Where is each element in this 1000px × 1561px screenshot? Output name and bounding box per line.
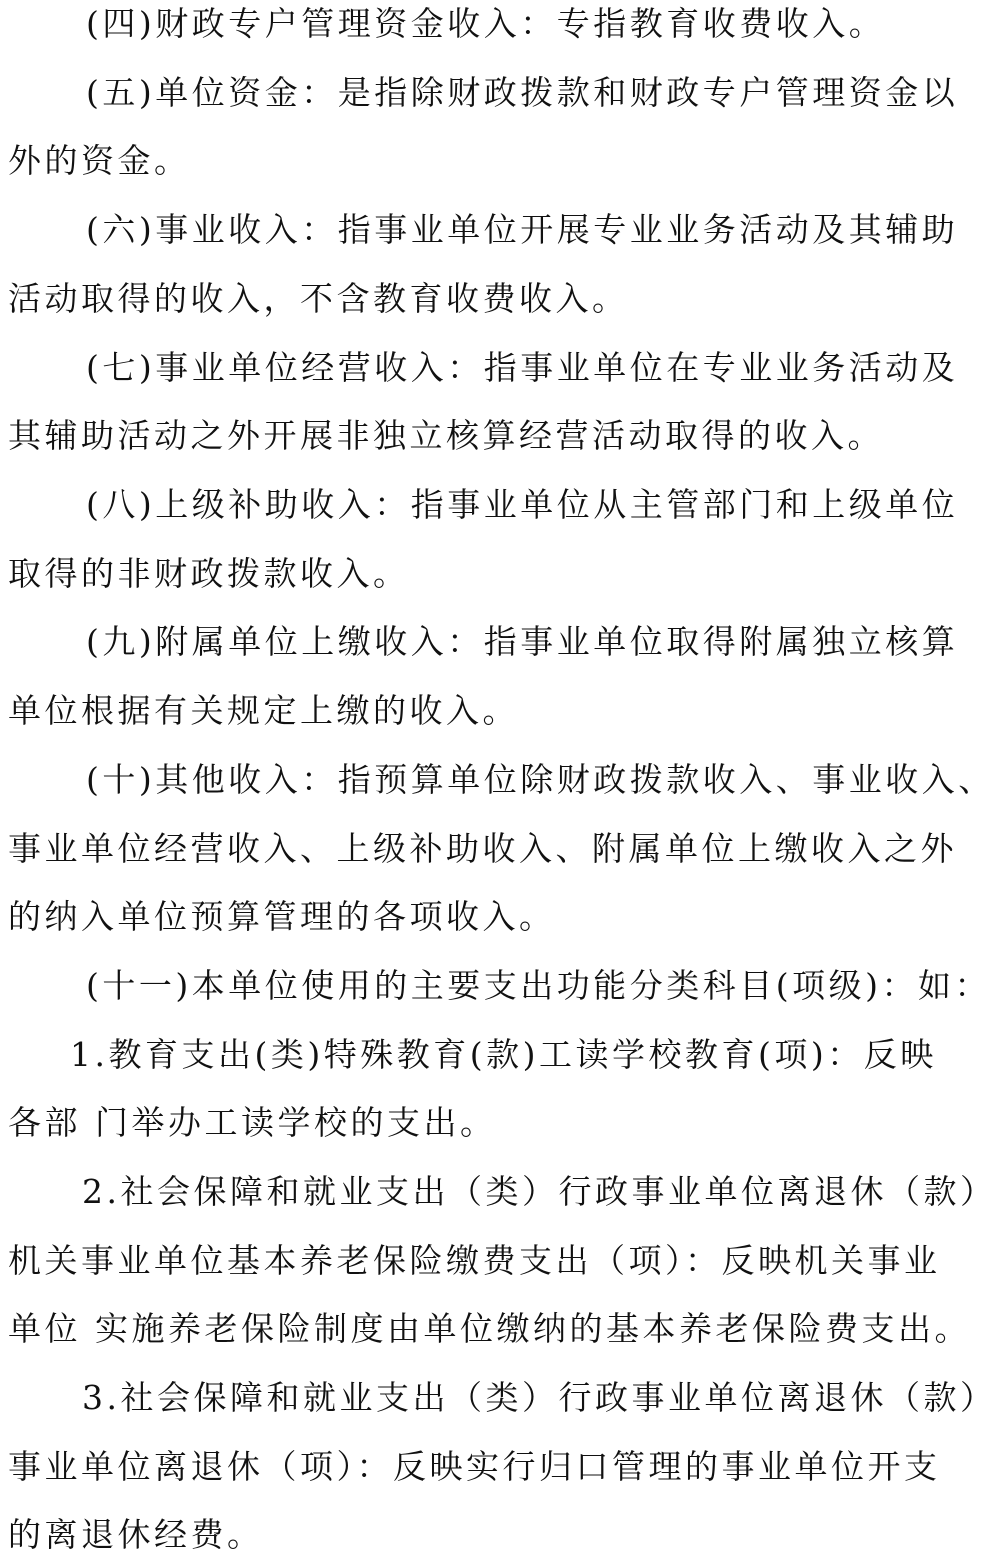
- paragraph-item-6-line-2: 活动取得的收入，不含教育收费收入。: [8, 279, 629, 319]
- paragraph-item-8-line-1: (八)上级补助收入：指事业单位从主管部门和上级单位: [86, 485, 958, 525]
- paragraph-item-10-line-2: 事业单位经营收入、上级补助收入、附属单位上缴收入之外: [8, 829, 957, 869]
- paragraph-item-7-line-1: (七)事业单位经营收入：指事业单位在专业业务活动及: [86, 348, 958, 388]
- paragraph-item-9-line-2: 单位根据有关规定上缴的收入。: [8, 691, 519, 731]
- paragraph-item-7-line-2: 其辅助活动之外开展非独立核算经营活动取得的收入。: [8, 416, 884, 456]
- paragraph-subitem-2-line-1: 2.社会保障和就业支出（类）行政事业单位离退休（款）: [82, 1172, 997, 1212]
- paragraph-item-10-line-3: 的纳入单位预算管理的各项收入。: [8, 897, 556, 937]
- paragraph-subitem-2-line-2: 机关事业单位基本养老保险缴费支出（项）：反映机关事业: [8, 1241, 941, 1281]
- paragraph-subitem-2-line-3: 单位 实施养老保险制度由单位缴纳的基本养老保险费支出。: [8, 1309, 971, 1349]
- paragraph-item-5-line-2: 外的资金。: [8, 141, 191, 181]
- paragraph-subitem-3-line-1: 3.社会保障和就业支出（类）行政事业单位离退休（款）: [82, 1378, 997, 1418]
- paragraph-item-8-line-2: 取得的非财政拨款收入。: [8, 554, 410, 594]
- paragraph-item-6-line-1: (六)事业收入：指事业单位开展专业业务活动及其辅助: [86, 210, 958, 250]
- paragraph-subitem-3-line-3: 的离退休经费。: [8, 1515, 264, 1555]
- paragraph-item-4-line-1: (四)财政专户管理资金收入：专指教育收费收入。: [86, 4, 885, 44]
- paragraph-item-11-heading: (十一)本单位使用的主要支出功能分类科目(项级)：如：: [86, 966, 991, 1006]
- paragraph-item-10-line-1: (十)其他收入：指预算单位除财政拨款收入、事业收入、: [86, 760, 995, 800]
- document-page: (四)财政专户管理资金收入：专指教育收费收入。(五)单位资金：是指除财政拨款和财…: [0, 0, 1000, 1561]
- paragraph-item-9-line-1: (九)附属单位上缴收入：指事业单位取得附属独立核算: [86, 622, 958, 662]
- paragraph-subitem-1-line-1: 1.教育支出(类)特殊教育(款)工读学校教育(项)：反映: [70, 1035, 937, 1075]
- paragraph-subitem-3-line-2: 事业单位离退休（项）：反映实行归口管理的事业单位开支: [8, 1447, 941, 1487]
- paragraph-item-5-line-1: (五)单位资金：是指除财政拨款和财政专户管理资金以: [86, 73, 958, 113]
- paragraph-subitem-1-line-2: 各部 门举办工读学校的支出。: [8, 1103, 497, 1143]
